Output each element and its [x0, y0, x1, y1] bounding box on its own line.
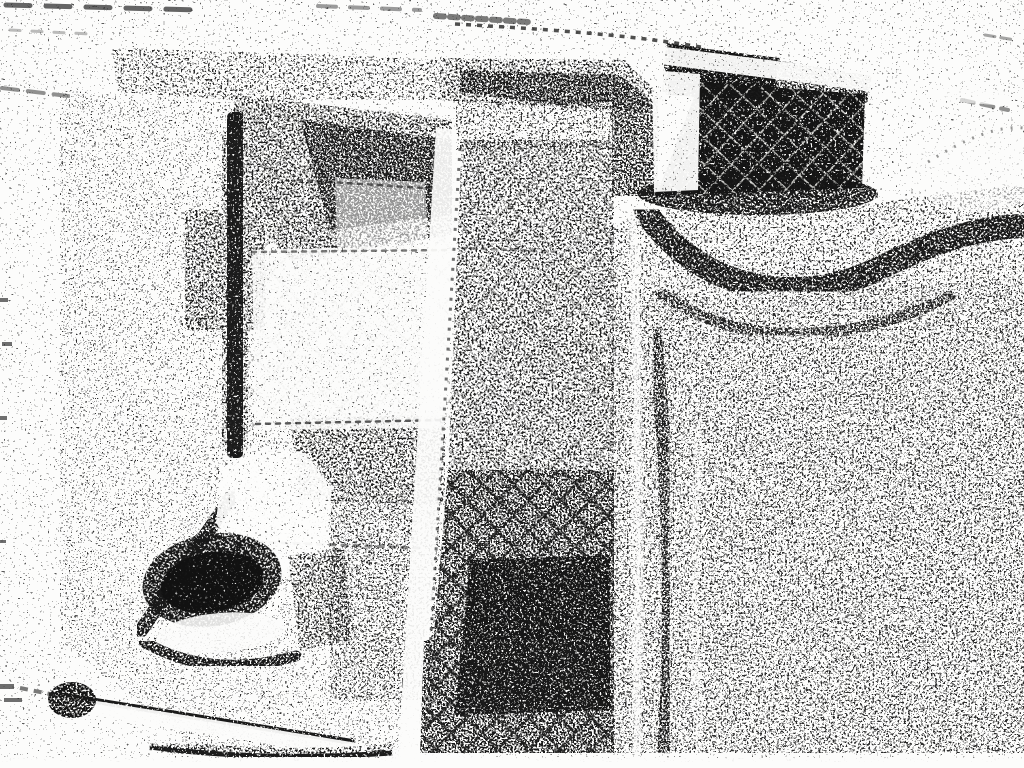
crate-left-shade: [612, 100, 658, 196]
fence-post: [222, 112, 248, 458]
tarp-lower-shade: [840, 545, 1024, 750]
scanned-photo: [0, 0, 1024, 768]
bottom-margin: [0, 758, 1024, 768]
pipe-elbow: [48, 682, 96, 718]
lattice-crate: [612, 82, 878, 215]
white-post: [652, 70, 700, 192]
tarp-drape: [610, 128, 1024, 753]
